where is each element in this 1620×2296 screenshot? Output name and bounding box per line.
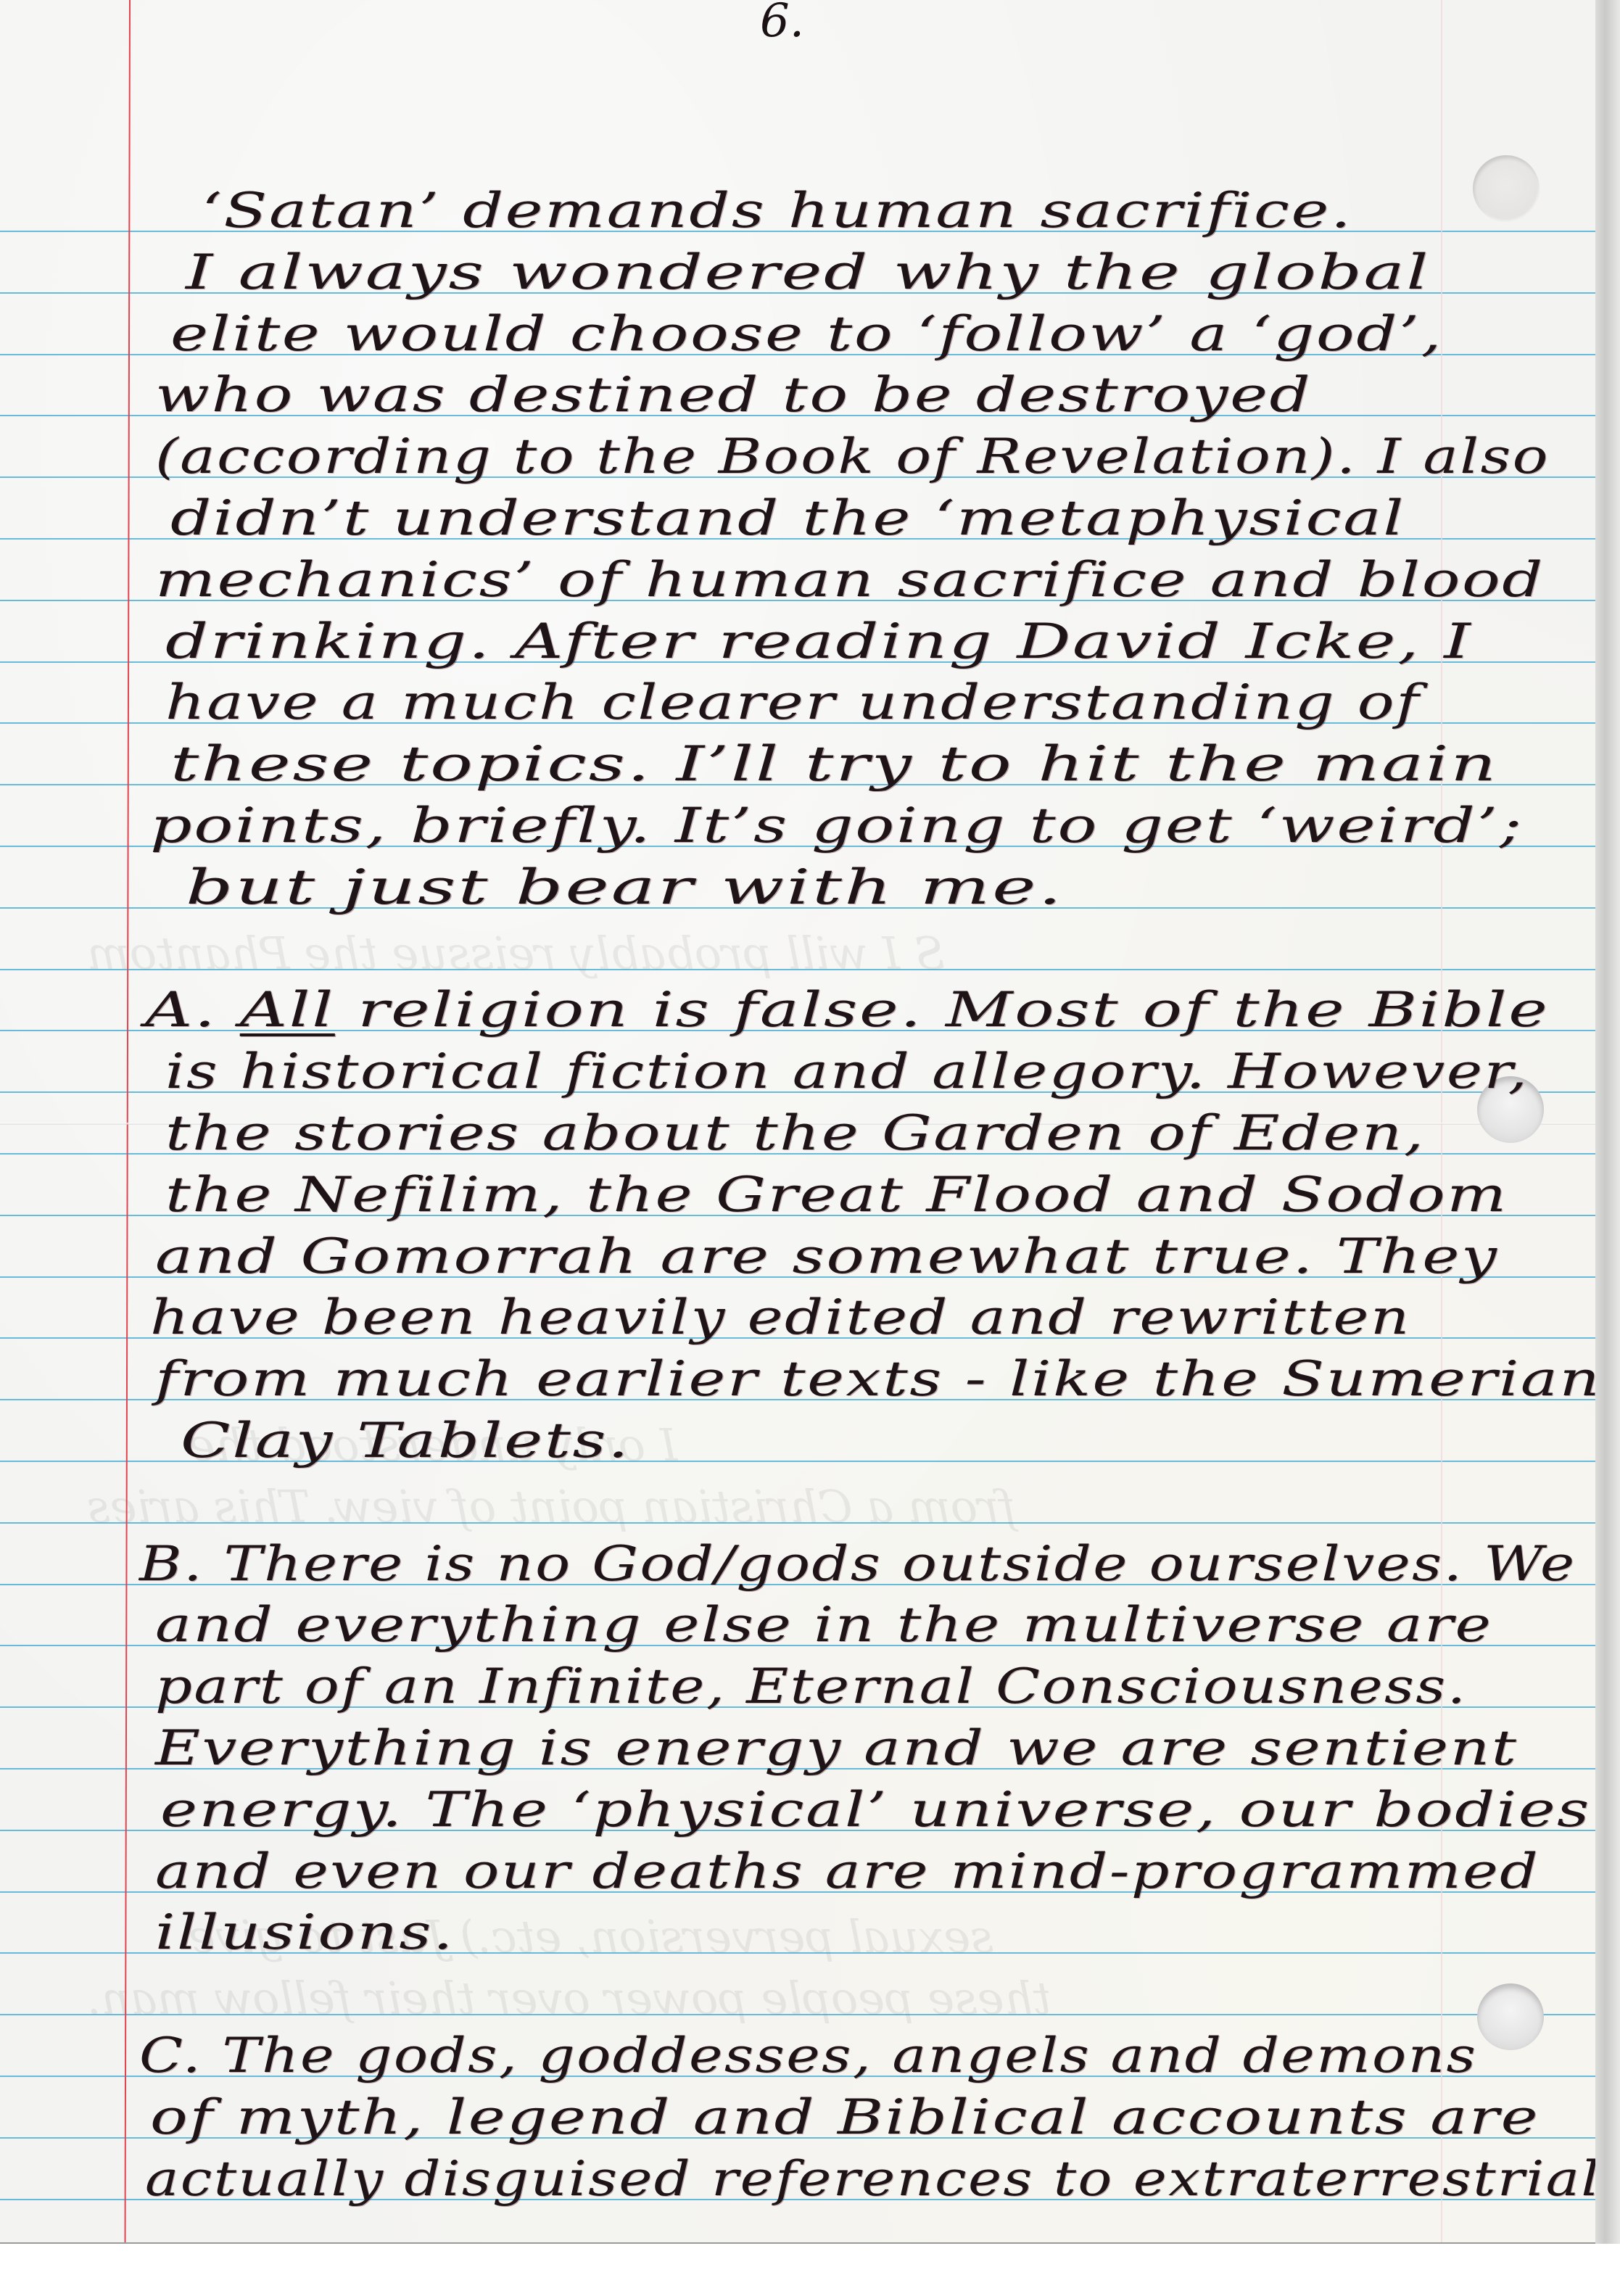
intro-line: these topics. I’ll try to hit the main	[170, 740, 1498, 788]
section-c-line: actually disguised references to extrate…	[145, 2155, 1601, 2203]
section-b-line: and even our deaths are mind-programmed	[155, 1848, 1540, 1896]
section-a-line: have been heavily edited and rewritten	[150, 1294, 1411, 1342]
intro-line: but just bear with me.	[186, 864, 1064, 912]
intro-line: mechanics’ of human sacrifice and blood	[155, 556, 1545, 604]
intro-line-text: who was destined to be destroyed	[155, 367, 1312, 423]
section-line-text: There is no God/gods outside ourselves. …	[224, 1536, 1576, 1592]
intro-line: who was destined to be destroyed	[155, 371, 1312, 419]
intro-line-text: mechanics’ of human sacrifice and blood	[155, 552, 1545, 608]
section-line-text: of myth, legend and Biblical accounts ar…	[150, 2089, 1540, 2145]
section-line-text: energy. The ‘physical’ universe, our bod…	[160, 1782, 1591, 1838]
space	[335, 982, 358, 1038]
intro-line: points, briefly. It’s going to get ‘weir…	[150, 802, 1524, 850]
section-a-line: from much earlier texts - like the Sumer…	[155, 1355, 1601, 1403]
intro-line-text: these topics. I’ll try to hit the main	[170, 736, 1498, 792]
section-line-text: illusions.	[155, 1904, 455, 1960]
section-b-line: B. There is no God/gods outside ourselve…	[139, 1540, 1576, 1588]
section-label: B.	[139, 1536, 224, 1592]
intro-line: I always wondered why the global	[186, 249, 1430, 297]
section-c-line: of myth, legend and Biblical accounts ar…	[150, 2094, 1540, 2142]
section-line-text: the Nefilim, the Great Flood and Sodom	[165, 1167, 1508, 1223]
notebook-page: S I will probably reissue the PhantomI o…	[0, 0, 1606, 2244]
margin-line	[125, 0, 131, 2244]
section-b-line: energy. The ‘physical’ universe, our bod…	[160, 1786, 1591, 1834]
intro-line-text: ‘Satan’ demands human sacrifice.	[202, 183, 1352, 239]
section-a-line: Clay Tablets.	[181, 1417, 630, 1465]
section-line-text: The gods, goddesses, angels and demons	[222, 2028, 1477, 2084]
section-a-line: is historical fiction and allegory. Howe…	[165, 1048, 1529, 1096]
bleed-through-line: S I will probably reissue the Phantom	[87, 927, 945, 980]
intro-line: have a much clearer understanding of	[165, 679, 1421, 727]
section-line-text: actually disguised references to extrate…	[145, 2151, 1601, 2207]
section-b-line: and everything else in the multiverse ar…	[155, 1601, 1492, 1649]
intro-line-text: elite would choose to ‘follow’ a ‘god’,	[170, 306, 1443, 362]
section-line-text: the stories about the Garden of Eden,	[165, 1105, 1426, 1161]
hole-punch-top-icon	[1473, 155, 1540, 222]
intro-line-text: I always wondered why the global	[186, 244, 1430, 300]
bleed-through-line: these people power over their fellow man…	[87, 1972, 1051, 2025]
section-label: A.	[145, 982, 240, 1038]
section-line-text: Everything is energy and we are sentient	[155, 1720, 1518, 1776]
section-line-text: Clay Tablets.	[181, 1413, 630, 1469]
page-edge-shadow	[1595, 0, 1620, 2244]
intro-line-text: didn’t understand the ‘metaphysical	[170, 490, 1405, 546]
section-line-text: is historical fiction and allegory. Howe…	[165, 1044, 1529, 1099]
intro-line-text: drinking. After reading David Icke, I	[165, 614, 1472, 669]
section-line-text: part of an Infinite, Eternal Consciousne…	[155, 1659, 1467, 1714]
section-line-text: have been heavily edited and rewritten	[150, 1289, 1411, 1345]
section-b-line: part of an Infinite, Eternal Consciousne…	[155, 1663, 1467, 1711]
intro-line: didn’t understand the ‘metaphysical	[170, 495, 1405, 542]
intro-line-text: (according to the Book of Revelation). I…	[155, 429, 1550, 484]
section-a-line: and Gomorrah are somewhat true. They	[155, 1233, 1498, 1281]
intro-line: (according to the Book of Revelation). I…	[155, 433, 1550, 481]
section-a-line: the Nefilim, the Great Flood and Sodom	[165, 1171, 1508, 1219]
section-label: C.	[139, 2028, 222, 2084]
emphasis-word: All	[240, 982, 335, 1038]
section-b-line: Everything is energy and we are sentient	[155, 1725, 1518, 1772]
intro-line-text: points, briefly. It’s going to get ‘weir…	[150, 798, 1524, 854]
section-c-line: C. The gods, goddesses, angels and demon…	[139, 2032, 1477, 2080]
intro-line-text: have a much clearer understanding of	[165, 674, 1421, 730]
intro-line: drinking. After reading David Icke, I	[165, 618, 1472, 666]
intro-line-text: but just bear with me.	[186, 859, 1064, 915]
section-line-text: and everything else in the multiverse ar…	[155, 1597, 1492, 1653]
page-number: 6.	[760, 0, 804, 48]
section-a-line: A. All religion is false. Most of the Bi…	[145, 986, 1549, 1034]
intro-line: ‘Satan’ demands human sacrifice.	[202, 187, 1352, 235]
section-a-line: the stories about the Garden of Eden,	[165, 1110, 1426, 1157]
bleed-through-line: from a Christian point of view. This ari…	[87, 1480, 1016, 1533]
section-line-text: and Gomorrah are somewhat true. They	[155, 1228, 1498, 1284]
section-line-text: religion is false. Most of the Bible	[358, 982, 1549, 1038]
section-line-text: from much earlier texts - like the Sumer…	[155, 1351, 1601, 1407]
section-b-line: illusions.	[155, 1909, 455, 1957]
section-line-text: and even our deaths are mind-programmed	[155, 1843, 1540, 1899]
intro-line: elite would choose to ‘follow’ a ‘god’,	[170, 310, 1443, 358]
hole-punch-bottom-icon	[1477, 1983, 1544, 2050]
